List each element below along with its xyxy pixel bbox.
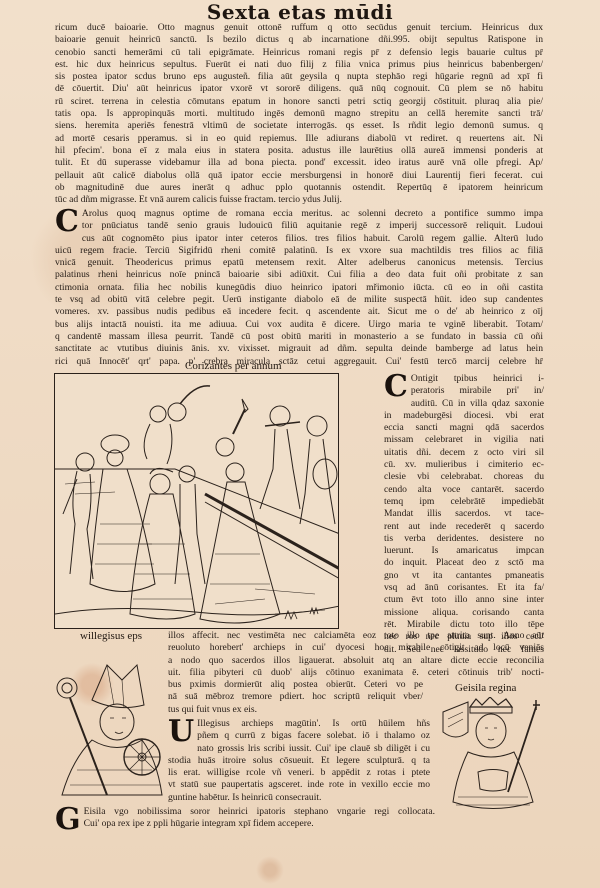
text-line: baioarie genuit heinricū sanctū. Is bezi…	[55, 34, 543, 46]
text-line: cus aūt cognomēto pius ipator inter cete…	[82, 233, 543, 245]
illustration-caption: Corizantes per annum	[185, 360, 282, 372]
text-line: lis erat. willigise rcole vñ veneri. b a…	[168, 767, 430, 779]
text-line: nā suā mēbroz tremore pdiert. hoc script…	[168, 691, 423, 703]
text-line: guntine habētur. Is heinricū consecrauit…	[168, 792, 430, 804]
page-title: Sexta etas mūdi	[0, 0, 600, 22]
text-line: hil pfecim'. bona eī z mala eius in stat…	[55, 145, 543, 157]
text-line: pñem q currū z bigas facere solebat. iō …	[197, 730, 430, 742]
text-line: uicū regem fracie. Terciū Sigifridū rhen…	[55, 245, 543, 257]
text-line: nato grossis lris scribi iussit. Cui' ip…	[197, 743, 430, 755]
text-line: bus alijs intactā nouisti. ita me adiuua…	[55, 319, 543, 331]
text-line: in madeburgēsi diocesi. vbi erat	[384, 410, 544, 422]
dancers-illustration-icon	[55, 374, 339, 629]
text-line: sis postea ipator scdus bruno eps august…	[55, 71, 543, 83]
text-line: do inquit. Placeat deo z sctō ma	[384, 557, 544, 569]
drop-cap: C	[384, 375, 408, 399]
text-line: eccia sancti magni qdā sacerdos	[384, 422, 544, 434]
text-line: rent aut inde recederēt q sacerdo	[384, 521, 544, 533]
text-line: tis verba deridentes. desistere no	[384, 533, 544, 545]
text-line: cenobio sancti hemerāmi cū tali epigrāma…	[55, 47, 543, 59]
text-line: illos affecit. nec vestimēta nec calciam…	[168, 630, 544, 642]
dancers-woodcut	[54, 373, 339, 629]
text-line: Illegisus archieps magūtin'. Is ortū hūi…	[197, 718, 430, 730]
text-line: dē cōuertit. Diu' aūt heinricus ipator v…	[55, 83, 543, 95]
text-line: palatinus rheni heinricus noīe pnincā ba…	[55, 269, 543, 281]
text-line: a nodo quo sacerdos illos ligauerat. abs…	[168, 655, 544, 667]
text-line: ctum ēvt toto illo anno sine inter	[384, 594, 544, 606]
text-line: bus pximis dormierūt aliq postea obierūt…	[168, 679, 423, 691]
text-line: rici quā Innocēt' qrt' papa. p' crebra m…	[55, 356, 543, 368]
geisila-label: Geisila regina	[455, 682, 516, 694]
lower-text-block: illos affecit. nec vestimēta nec calciam…	[168, 630, 544, 679]
text-line: tus qui fuit vnus ex eis.	[168, 704, 423, 716]
text-line: clesie vbi celebrabat. choreas du	[384, 471, 544, 483]
geisila-text-block: G Eisila vgo nobilissima soror heinrici …	[55, 806, 435, 832]
text-line: temq ipm celebrātē impediebāt	[384, 496, 544, 508]
text-line: Cui' opa rex ipe z ppli hūgarie integram…	[84, 818, 435, 830]
main-text-block: ricum ducē baioarie. Otto magnus genuit …	[55, 22, 543, 206]
text-line: tatis opa. Is appropinquās morti. multit…	[55, 108, 543, 120]
text-line: sanctitate ac vtutibus diuinis ānis. xv.…	[55, 343, 543, 355]
text-line: ad mortē cesaris pperamus. si in eo quid…	[55, 133, 543, 145]
drop-cap: U	[168, 720, 194, 744]
text-line: luerunt. Is amaricatus impcan	[384, 545, 544, 557]
bishop-woodcut-icon	[52, 660, 170, 800]
text-line: Mandat illis sacerdos. vt tace-	[384, 508, 544, 520]
text-line: peratoris mirabile pri' in/	[411, 385, 544, 397]
text-line: stodia huās itroire solus cōsueuit. Et l…	[168, 755, 430, 767]
text-line: uit. filia pibyteri cū duob' alijs cōtin…	[168, 667, 544, 679]
text-line: te vsq ad obitū vitā celebre pegit. Uerū…	[55, 294, 543, 306]
right-column-text: C Ontigit tpibus heinrici i- peratoris m…	[384, 373, 544, 656]
text-line: auditū. Cū in villa qdaz saxonie	[411, 398, 544, 410]
text-line: vnicā genuit. Theodericus primus epatū m…	[55, 257, 543, 269]
lower-text-block-narrow: bus pximis dormierūt aliq postea obierūt…	[168, 679, 423, 716]
text-line: ob magnitudinē due aures inerāt q adhuc …	[55, 182, 543, 194]
text-line: vt statū sue paupertatis agsceret. inde …	[168, 779, 430, 791]
text-line: tor pnūciatus tandē senio grauis ludouic…	[82, 220, 543, 232]
text-line: vsq ad ānū corisantes. Et ita fa/	[384, 582, 544, 594]
text-line: ricum ducē baioarie. Otto magnus genuit …	[55, 22, 543, 34]
text-line: Arolus quoq magnus optime de romana ecci…	[82, 208, 543, 220]
text-line: missam celebraret in vigilia nati	[384, 434, 544, 446]
text-line: Ontigit tpibus heinrici i-	[411, 373, 544, 385]
text-line: q candentē massam illesa peurrit. Tandē …	[55, 331, 543, 343]
queen-portrait	[438, 697, 548, 815]
text-line: est. hic dux heinricus sepultus. Fuerūt …	[55, 59, 543, 71]
text-line: gno vt ita cantantes pmaneatis	[384, 570, 544, 582]
willegisus-label: willegisus eps	[80, 630, 142, 642]
text-line: tulit. Et dū superasse videbamur illa ad…	[55, 157, 543, 169]
drop-cap: C	[55, 210, 79, 234]
text-line: vomeres. xv. passibus nudis pedibus eā i…	[55, 306, 543, 318]
text-line: ctimonia ornata. filia hec nobilis kuneg…	[55, 282, 543, 294]
text-line: uitatis dñi. decem z octo viri sil	[384, 447, 544, 459]
text-line: cū. xv. mulieribus i cimiterio ec-	[384, 459, 544, 471]
bishop-portrait	[52, 660, 170, 800]
text-line: rū sciret. terrena in celestia cōmutans …	[55, 96, 543, 108]
text-line: pellauit aūt calicē diabolus ollā quā ip…	[55, 170, 543, 182]
text-line: missione aliqua. corisando canta	[384, 607, 544, 619]
willegisus-text-block: U Illegisus archieps magūtin'. Is ortū h…	[168, 718, 430, 804]
text-line: siens. heremita aperiēs fenestrā vltimū …	[55, 120, 543, 132]
drop-cap: G	[55, 808, 81, 832]
text-line: tūc ad dñm migrasse. Et vnā aurem calici…	[55, 194, 543, 206]
text-line: reuoluto horebert' archieps in cui' dyoc…	[168, 642, 544, 654]
carolus-text-block: C Arolus quoq magnus optime de romana ec…	[55, 208, 543, 368]
queen-woodcut-icon	[438, 697, 548, 815]
text-line: cendo alta voce cantarēt. sacerdo	[384, 484, 544, 496]
text-line: Eisila vgo nobilissima soror heinrici ip…	[84, 806, 435, 818]
